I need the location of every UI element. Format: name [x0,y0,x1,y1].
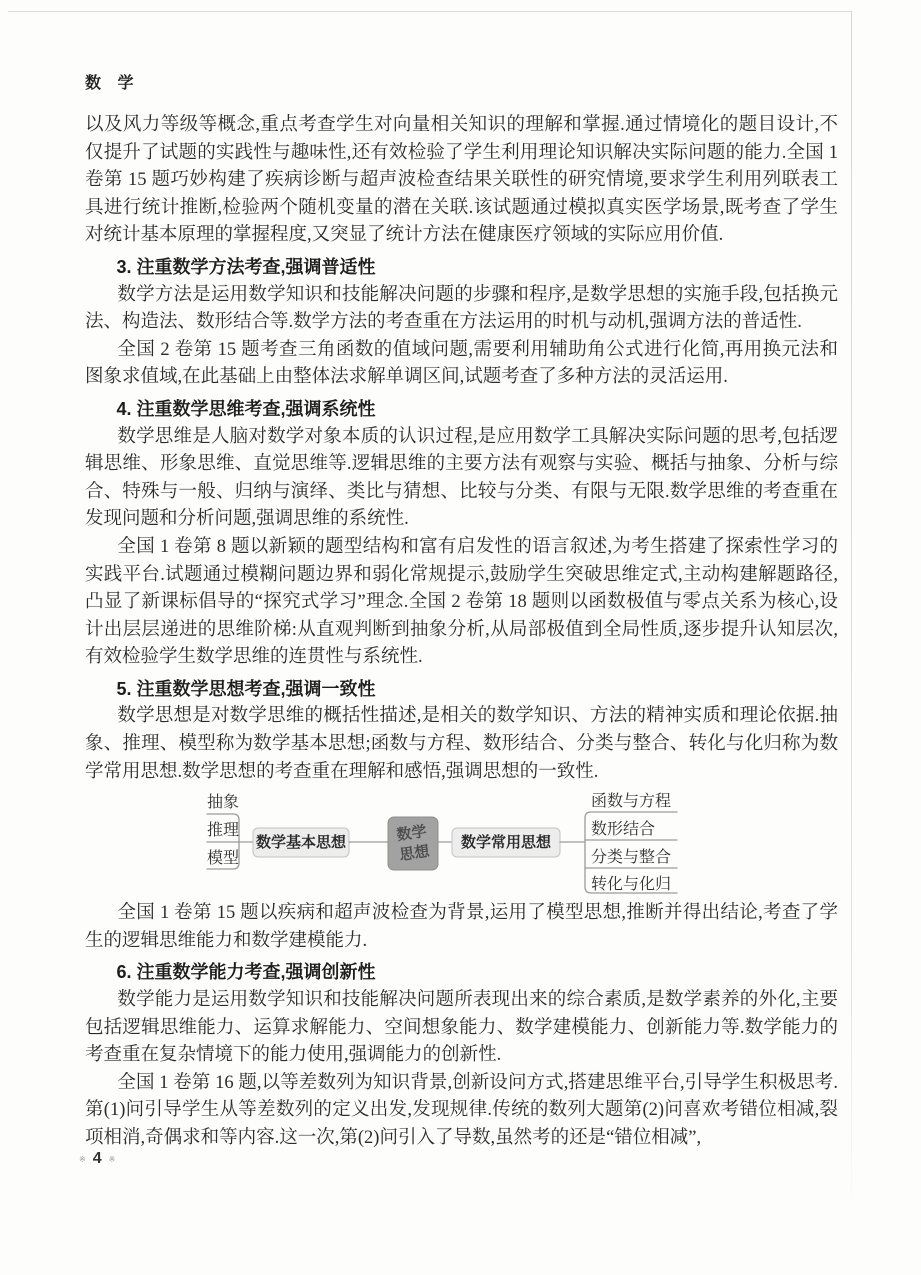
diagram-leaf-transformation: 转化与化归 [591,875,671,893]
section-heading-5: 5. 注重数学思想考查,强调一致性 [85,676,838,704]
diagram-leaf-function-equation: 函数与方程 [591,792,671,810]
page-edge-top-line [8,11,852,12]
page-footer: ※ 4 ※ [79,1150,115,1168]
diagram-leaf-reasoning: 推理 [207,821,239,839]
page-edge-right-line [851,11,852,1223]
diagram-leaf-classification: 分类与整合 [591,847,671,866]
paragraph-idea-example: 全国 1 卷第 15 题以疾病和超声波检查为背景,运用了模型思想,推断并得出结论… [85,900,838,955]
section-heading-4: 4. 注重数学思维考查,强调系统性 [85,396,838,424]
section-heading-3: 3. 注重数学方法考查,强调普适性 [85,254,838,282]
paragraph-method-definition: 数学方法是运用数学知识和技能解决问题的步骤和程序,是数学思想的实施手段,包括换元… [85,282,838,337]
section-heading-6: 6. 注重数学能力考查,强调创新性 [85,959,838,987]
footer-ornament-left: ※ [79,1155,86,1164]
diagram-leaf-modeling: 模型 [207,848,239,867]
diagram-leaf-number-shape: 数形结合 [591,820,655,838]
common-ideas-node-label: 数学常用思想 [461,833,552,851]
basic-ideas-node-label: 数学基本思想 [256,833,347,851]
paragraph-ability-example: 全国 1 卷第 16 题,以等差数列为知识背景,创新设问方式,搭建思维平台,引导… [85,1070,838,1153]
diagram-leaf-abstraction: 抽象 [207,793,239,811]
paragraph-method-example: 全国 2 卷第 15 题考查三角函数的值域问题,需要利用辅助角公式进行化简,再用… [85,337,838,392]
text-column: 以及风力等级等概念,重点考查学生对向量相关知识的理解和掌握.通过情境化的题目设计… [85,112,838,1153]
paragraph-vector-context: 以及风力等级等概念,重点考查学生对向量相关知识的理解和掌握.通过情境化的题目设计… [85,112,838,250]
paragraph-ability-definition: 数学能力是运用数学知识和技能解决问题所表现出来的综合素质,是数学素养的外化,主要… [85,987,838,1070]
footer-ornament-right: ※ [109,1155,116,1164]
running-head: 数 学 [85,70,139,93]
paragraph-thinking-example: 全国 1 卷第 8 题以新颖的题型结构和富有启发性的语言叙述,为考生搭建了探索性… [85,534,838,672]
paragraph-thinking-definition: 数学思维是人脑对数学对象本质的认识过程,是应用数学工具解决实际问题的思考,包括逻… [85,424,838,534]
page-number: 4 [93,1150,102,1168]
paragraph-idea-definition: 数学思想是对数学思维的概括性描述,是相关的数学知识、方法的精神实质和理论依据.抽… [85,703,838,786]
mind-map-diagram: 抽象 推理 模型 数学基本思想 数学 思想 数学常用思想 函数与方程 [85,790,838,894]
